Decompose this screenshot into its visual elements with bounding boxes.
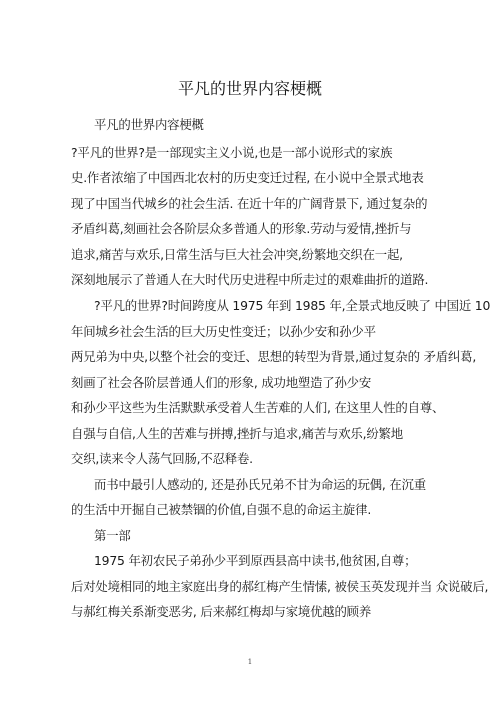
document-subtitle: 平凡的世界内容梗概 [94, 117, 204, 133]
text-line: 年间城乡社会生活的巨大历史性变迁；以孙少安和孙少平 [71, 324, 376, 340]
text-line: 的生活中开掘自己被禁锢的价值,自强不息的命运主旋律. [71, 502, 371, 518]
text-line: 后对处境相同的地主家庭出身的郝红梅产生情愫, 被侯玉英发现并当 众说破后, [71, 579, 488, 595]
text-line: 而书中最引人感动的, 还是孙氏兄弟不甘为命运的玩偶, 在沉重 [94, 477, 426, 493]
text-line: 史.作者浓缩了中国西北农村的历史变迁过程, 在小说中全景式地表 [71, 170, 424, 186]
section-heading: 第一部 [94, 528, 131, 544]
text-line: ?平凡的世界?时间跨度从 1975 年到 1985 年,全景式地反映了 中国近 … [94, 298, 490, 314]
page-number: 1 [0, 658, 500, 666]
text-line: 刻画了社会各阶层普通人们的形象, 成功地塑造了孙少安 [71, 375, 371, 391]
text-line: 交织,读来令人荡气回肠,不忍释卷. [71, 451, 253, 467]
text-line: 自强与自信,人生的苦难与拼搏,挫折与追求,痛苦与欢乐,纷繁地 [71, 426, 403, 442]
text-line: ?平凡的世界?是一部现实主义小说,也是一部小说形式的家族 [71, 145, 392, 161]
text-line: 矛盾纠葛,刻画社会各阶层众多普通人的形象.劳动与爱情,挫折与 [71, 221, 411, 237]
document-page: 平凡的世界内容梗概 平凡的世界内容梗概 ?平凡的世界?是一部现实主义小说,也是一… [0, 0, 500, 708]
text-line: 追求,痛苦与欢乐,日常生活与巨大社会冲突,纷繁地交织在一起, [71, 247, 403, 263]
text-line: 深刻地展示了普通人在大时代历史进程中所走过的艰难曲折的道路. [71, 272, 428, 288]
text-line: 和孙少平这些为生活默默承受着人生苦难的人们, 在这里人性的自尊、 [71, 400, 444, 416]
text-line: 1975 年初农民子弟孙少平到原西县高中读书,他贫困,自尊； [94, 553, 416, 569]
text-line: 与郝红梅关系渐变恶劣, 后来郝红梅却与家境优越的顾养 [71, 604, 371, 620]
document-title: 平凡的世界内容梗概 [0, 79, 500, 99]
text-line: 两兄弟为中央,以整个社会的变迁、思想的转型为背景,通过复杂的 矛盾纠葛, [71, 349, 476, 365]
text-line: 现了中国当代城乡的社会生活. 在近十年的广阔背景下, 通过复杂的 [71, 196, 427, 212]
